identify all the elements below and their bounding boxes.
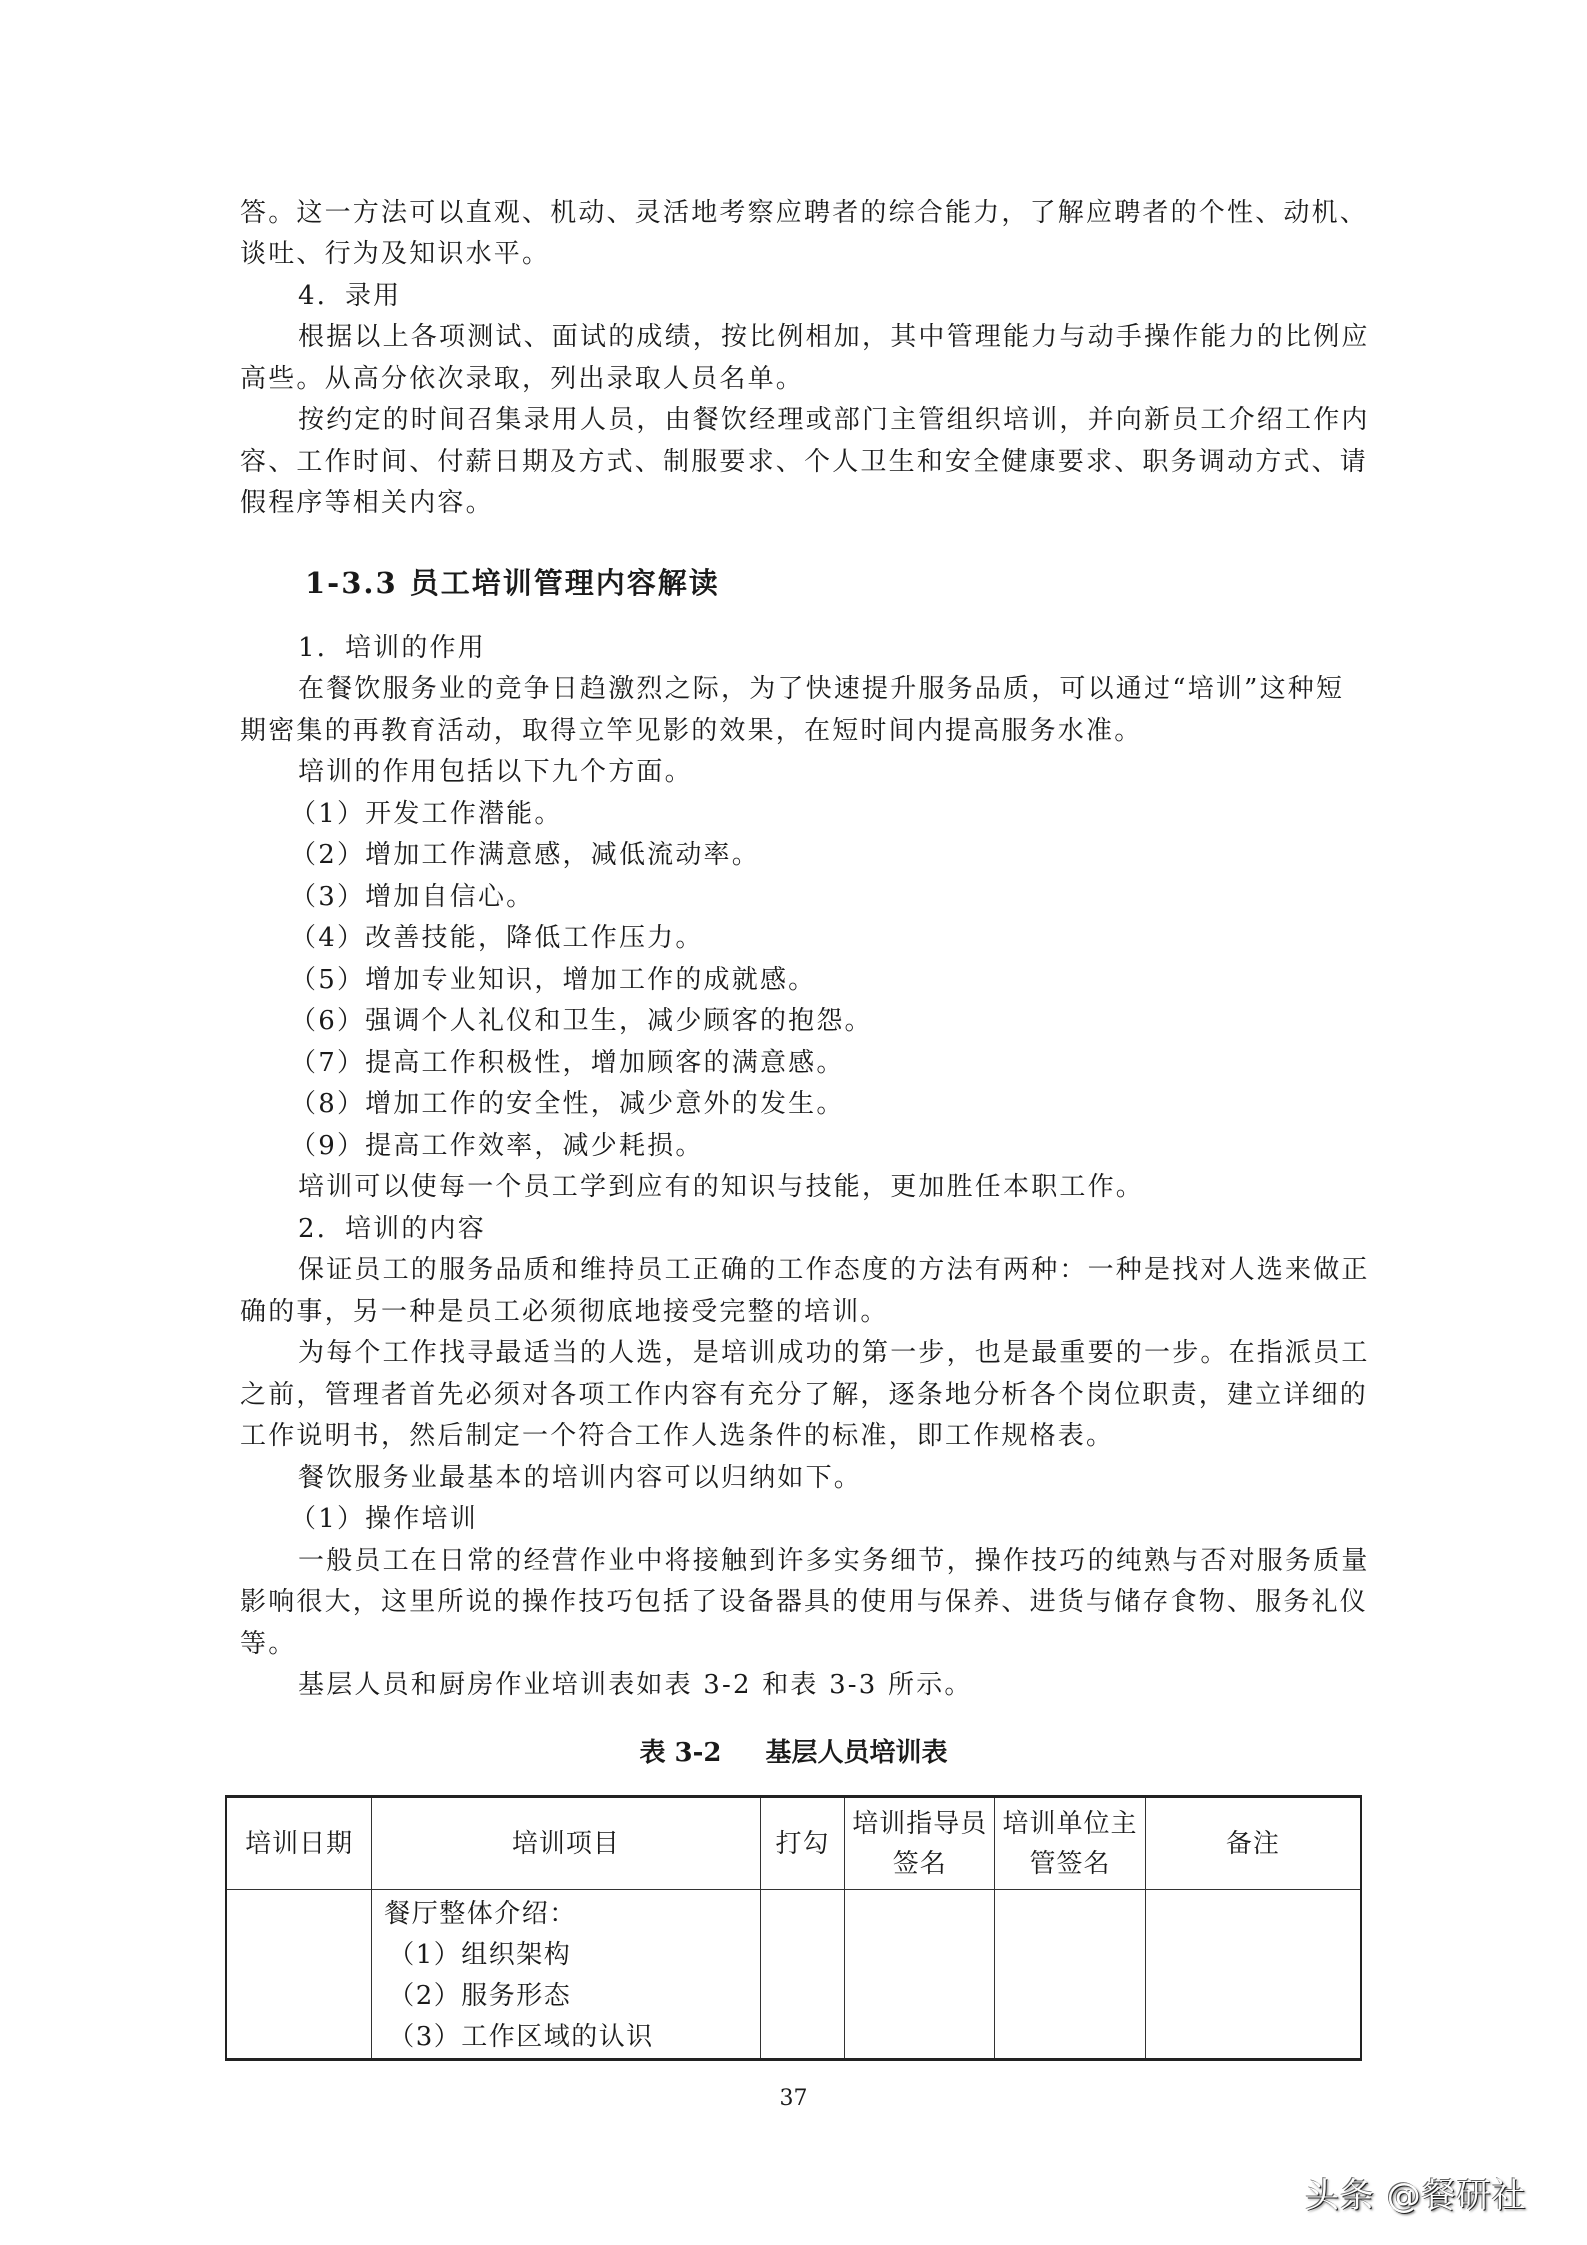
paragraph-line: 保证员工的服务品质和维持员工正确的工作态度的方法有两种：一种是找对人选来做正 bbox=[298, 1255, 1410, 1285]
item-sub: （1）组织架构 bbox=[384, 1935, 759, 1976]
paragraph-line: 培训可以使每一个员工学到应有的知识与技能，更加胜任本职工作。 bbox=[298, 1172, 1410, 1202]
section-heading: 1-3.3 员工培训管理内容解读 bbox=[305, 566, 720, 600]
cell-supervisor-signature[interactable] bbox=[995, 1890, 1146, 2060]
list-item: （5）增加专业知识，增加工作的成就感。 bbox=[290, 965, 1402, 995]
list-item: （3）增加自信心。 bbox=[290, 882, 1402, 912]
cell-instructor-signature[interactable] bbox=[845, 1890, 995, 2060]
paragraph-line: 按约定的时间召集录用人员，由餐饮经理或部门主管组织培训，并向新员工介绍工作内 bbox=[298, 405, 1410, 435]
paragraph-line: 容、工作时间、付薪日期及方式、制服要求、个人卫生和安全健康要求、职务调动方式、请 bbox=[240, 447, 1352, 477]
paragraph-line: 在餐饮服务业的竞争日趋激烈之际，为了快速提升服务品质，可以通过“培训”这种短 bbox=[298, 674, 1410, 704]
document-page: 答。这一方法可以直观、机动、灵活地考察应聘者的综合能力，了解应聘者的个性、动机、… bbox=[0, 0, 1587, 2245]
header-supervisor-signature: 培训单位主管签名 bbox=[995, 1797, 1146, 1890]
paragraph-line: 假程序等相关内容。 bbox=[240, 488, 1352, 518]
cell-date[interactable] bbox=[226, 1890, 372, 2060]
paragraph-line: 为每个工作找寻最适当的人选，是培训成功的第一步，也是最重要的一步。在指派员工 bbox=[298, 1338, 1410, 1368]
list-item: （8）增加工作的安全性，减少意外的发生。 bbox=[290, 1089, 1402, 1119]
table-header-row: 培训日期 培训项目 打勾 培训指导员签名 培训单位主管签名 备注 bbox=[226, 1797, 1361, 1890]
table-caption-number: 表 3-2 bbox=[639, 1738, 721, 1768]
paragraph-line: 答。这一方法可以直观、机动、灵活地考察应聘者的综合能力，了解应聘者的个性、动机、 bbox=[240, 198, 1352, 228]
training-table: 培训日期 培训项目 打勾 培训指导员签名 培训单位主管签名 备注 餐厅整体介绍：… bbox=[225, 1795, 1362, 2061]
paragraph-line: 等。 bbox=[240, 1629, 1352, 1659]
paragraph-line: 确的事，另一种是员工必须彻底地接受完整的培训。 bbox=[240, 1297, 1352, 1327]
item-sub: （3）工作区域的认识 bbox=[384, 2017, 759, 2058]
list-item: （9）提高工作效率，减少耗损。 bbox=[290, 1131, 1402, 1161]
cell-check[interactable] bbox=[760, 1890, 845, 2060]
list-item-heading: （1）操作培训 bbox=[290, 1504, 1402, 1534]
cell-training-item: 餐厅整体介绍： （1）组织架构 （2）服务形态 （3）工作区域的认识 bbox=[372, 1890, 760, 2060]
paragraph-line: 工作说明书，然后制定一个符合工作人选条件的标准，即工作规格表。 bbox=[240, 1421, 1352, 1451]
paragraph-line: 之前，管理者首先必须对各项工作内容有充分了解，逐条地分析各个岗位职责，建立详细的 bbox=[240, 1380, 1352, 1410]
paragraph-line: 基层人员和厨房作业培训表如表 3-2 和表 3-3 所示。 bbox=[298, 1670, 1410, 1700]
list-item: （6）强调个人礼仪和卫生，减少顾客的抱怨。 bbox=[290, 1006, 1402, 1036]
paragraph-line: 影响很大，这里所说的操作技巧包括了设备器具的使用与保养、进货与储存食物、服务礼仪 bbox=[240, 1587, 1352, 1617]
list-item: （7）提高工作积极性，增加顾客的满意感。 bbox=[290, 1048, 1402, 1078]
header-remarks: 备注 bbox=[1145, 1797, 1361, 1890]
header-training-date: 培训日期 bbox=[226, 1797, 372, 1890]
paragraph-line: 期密集的再教育活动，取得立竿见影的效果，在短时间内提高服务水准。 bbox=[240, 716, 1352, 746]
table-row: 餐厅整体介绍： （1）组织架构 （2）服务形态 （3）工作区域的认识 bbox=[226, 1890, 1361, 2060]
table-caption-title: 基层人员培训表 bbox=[766, 1738, 948, 1768]
watermark: 头条 @餐研社 bbox=[1305, 2168, 1527, 2217]
header-check: 打勾 bbox=[760, 1797, 845, 1890]
paragraph-line: 餐饮服务业最基本的培训内容可以归纳如下。 bbox=[298, 1463, 1410, 1493]
cell-remarks[interactable] bbox=[1145, 1890, 1361, 2060]
subsection-title-training-role: 1．培训的作用 bbox=[298, 633, 1410, 663]
list-item: （1）开发工作潜能。 bbox=[290, 799, 1402, 829]
subsection-title-training-content: 2．培训的内容 bbox=[298, 1214, 1410, 1244]
table-caption: 表 3-2基层人员培训表 bbox=[0, 1738, 1587, 1768]
list-item: （2）增加工作满意感，减低流动率。 bbox=[290, 840, 1402, 870]
header-training-item: 培训项目 bbox=[372, 1797, 760, 1890]
paragraph-line: 谈吐、行为及知识水平。 bbox=[240, 239, 1352, 269]
item-sub: （2）服务形态 bbox=[384, 1976, 759, 2017]
paragraph-line: 高些。从高分依次录取，列出录取人员名单。 bbox=[240, 364, 1352, 394]
header-instructor-signature: 培训指导员签名 bbox=[845, 1797, 995, 1890]
list-item: （4）改善技能，降低工作压力。 bbox=[290, 923, 1402, 953]
page-number: 37 bbox=[0, 2086, 1587, 2111]
paragraph-line: 培训的作用包括以下九个方面。 bbox=[298, 757, 1410, 787]
paragraph-line: 一般员工在日常的经营作业中将接触到许多实务细节，操作技巧的纯熟与否对服务质量 bbox=[298, 1546, 1410, 1576]
paragraph-line: 根据以上各项测试、面试的成绩，按比例相加，其中管理能力与动手操作能力的比例应 bbox=[298, 322, 1410, 352]
subsection-title-hiring: 4．录用 bbox=[298, 281, 1410, 311]
item-title: 餐厅整体介绍： bbox=[384, 1894, 759, 1935]
